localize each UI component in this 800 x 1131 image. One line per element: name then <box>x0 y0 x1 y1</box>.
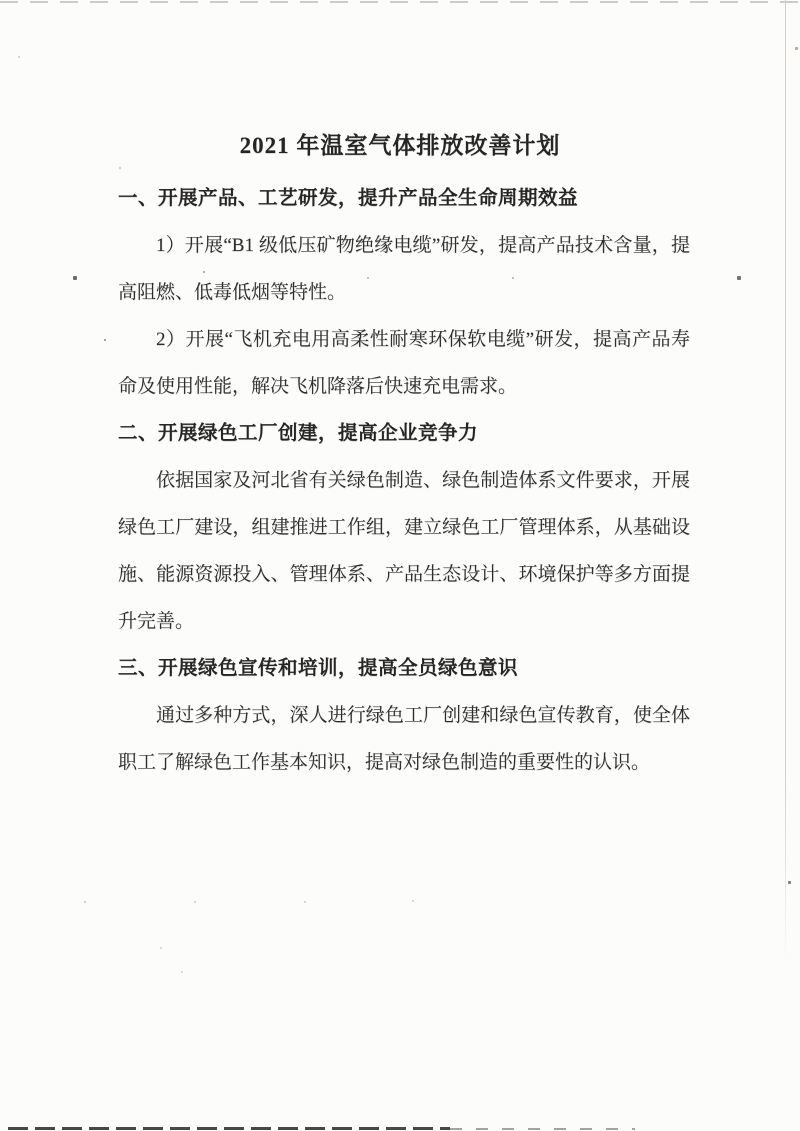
scan-speck <box>18 56 20 58</box>
scan-speck <box>104 339 106 341</box>
scan-artifact-top-edge <box>0 1 800 3</box>
scan-speck <box>737 276 741 280</box>
scan-speck <box>181 971 183 973</box>
scan-speck <box>367 277 369 279</box>
section-2-heading: 二、开展绿色工厂创建，提高企业竞争力 <box>118 410 690 457</box>
scan-speck <box>304 901 306 903</box>
section-1-heading: 一、开展产品、工艺研发，提升产品全生命周期效益 <box>118 175 690 222</box>
document-body: 一、开展产品、工艺研发，提升产品全生命周期效益 1）开展“B1 级低压矿物绝缘电… <box>118 175 690 786</box>
scan-speck <box>73 276 77 280</box>
section-1-paragraph-2: 2）开展“飞机充电用高柔性耐寒环保软电缆”研发，提高产品寿命及使用性能，解决飞机… <box>118 316 690 410</box>
scan-speck <box>795 47 798 50</box>
scan-speck <box>119 167 121 169</box>
scan-speck <box>788 881 791 884</box>
scan-speck <box>160 947 162 949</box>
scan-artifact-bottom-edge <box>8 1127 450 1130</box>
section-2-paragraph-1: 依据国家及河北省有关绿色制造、绿色制造体系文件要求，开展绿色工厂建设，组建推进工… <box>118 457 690 645</box>
scan-speck <box>84 901 86 903</box>
document-title: 2021 年温室气体排放改善计划 <box>0 127 800 160</box>
section-3-paragraph-1: 通过多种方式，深人进行绿色工厂创建和绿色宣传教育，使全体职工了解绿色工作基本知识… <box>118 692 690 786</box>
section-1-paragraph-1: 1）开展“B1 级低压矿物绝缘电缆”研发，提高产品技术含量，提高阻燃、低毒低烟等… <box>118 222 690 316</box>
section-3-heading: 三、开展绿色宣传和培训，提高全员绿色意识 <box>118 645 690 692</box>
scanned-document-page: 2021 年温室气体排放改善计划 一、开展产品、工艺研发，提升产品全生命周期效益… <box>0 0 800 1131</box>
scan-artifact-bottom-edge-faint <box>450 1128 635 1130</box>
scan-speck <box>194 901 196 903</box>
scan-speck <box>512 277 514 279</box>
scan-speck <box>203 271 205 273</box>
scan-speck <box>412 900 414 902</box>
